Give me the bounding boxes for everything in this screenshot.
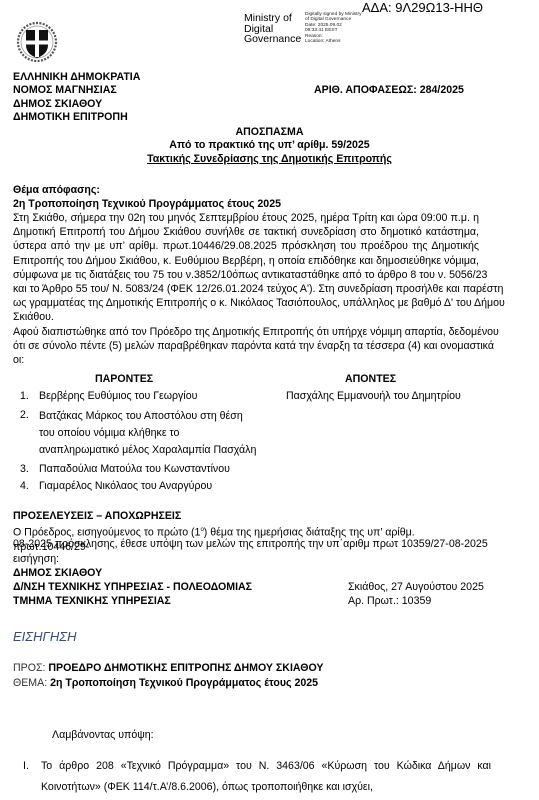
text-line: ως γραμματέας της Δημοτικής Επιτροπής ο … — [13, 296, 479, 310]
text-line: ΘΕΜΑ: — [13, 677, 50, 689]
text-line: οι: — [13, 353, 479, 367]
sender-date: Σκιάθος, 27 Αυγούστου 2025 — [348, 580, 484, 594]
text-line: ΑΠΟΣΠΑΣΜΑ — [0, 126, 539, 139]
text-line: και το Άρθρο 55 του/ Ν. 5083/24 (ΦΕΚ 12/… — [13, 282, 479, 296]
present-list: 1. Βερβέρης Ευθύμιος του Γεωργίου 2. Βατ… — [20, 389, 256, 494]
text-line: Βατζάκας Μάρκος του Αποστόλου στη θέση — [39, 408, 256, 425]
list-item: 2. Βατζάκας Μάρκος του Αποστόλου στη θέσ… — [20, 408, 256, 459]
text-line: ΔΗΜΟΣ ΣΚΙΑΘΟΥ — [13, 566, 479, 580]
text-line: ότι σε σύνολο πέντε (5) μελών παραβρέθηκ… — [13, 339, 479, 353]
subject-label: Θέμα απόφασης: — [13, 183, 479, 197]
text-line: ΝΟΜΟΣ ΜΑΓΝΗΣΙΑΣ — [13, 84, 140, 97]
text-line: ΔΗΜΟΤΙΚΗ ΕΠΙΤΡΟΠΗ — [13, 111, 140, 124]
text-line: 08-2025 πρόσκλησης, έθεσε υπόψη των μελώ… — [13, 537, 479, 551]
text-line: Παπαδούλια Ματούλα του Κωνσταντίνου — [39, 462, 230, 476]
list-item: 1. Βερβέρης Ευθύμιος του Γεωργίου — [20, 389, 256, 403]
text-line: 2η Τροποποίηση Τεχνικού Προγράμματος έτο… — [50, 677, 318, 689]
arrivals-block: ΠΡΟΣΕΛΕΥΣΕΙΣ – ΑΠΟΧΩΡΗΣΕΙΣ Ο Πρόεδρος, ε… — [13, 509, 479, 566]
text-line: Γιαμαρέλος Νικόλαος του Αναργύρου — [39, 479, 212, 493]
text-line: 3. — [20, 462, 39, 476]
subject-block: Θέμα απόφασης: 2η Τροποποίηση Τεχνικού Π… — [13, 183, 479, 211]
text-line: Ministry of — [244, 13, 301, 24]
text-line: Επιτροπής του Δήμου Σκιάθου, κ. Ευθύμιου… — [13, 254, 479, 268]
subject-value: 2η Τροποποίηση Τεχνικού Προγράμματος έτο… — [13, 197, 479, 211]
text-line: Governance — [244, 34, 301, 45]
text-line: Από το πρακτικό της υπ’ αρίθμ. 59/2025 — [0, 139, 539, 152]
text-line: Τακτικής Συνεδρίασης της Δημοτικής Επιτρ… — [0, 153, 539, 166]
decision-number: ΑΡΙΘ. ΑΠΟΦΑΣΕΩΣ: 284/2025 — [314, 84, 464, 96]
greek-coat-of-arms-icon — [16, 21, 58, 63]
text-line: του οποίου νόμιμα κλήθηκε το — [39, 425, 256, 442]
quorum-paragraph: Αφού διαπιστώθηκε από τον Πρόεδρο της Δη… — [13, 325, 479, 368]
text-line: αναπληρωματικό μέλος Χαραλαμπία Πασχάλη — [39, 442, 256, 459]
text-line: σύμφωνα με τις διατάξεις του 75 του ν.38… — [13, 268, 479, 282]
text-line: Το άρθρο 208 «Τεχνικό Πρόγραμμα» του Ν. … — [41, 756, 491, 777]
intro-paragraph: Στη Σκιάθο, σήμερα την 02η του μηνός Σεπ… — [13, 211, 479, 325]
text-line: Βερβέρης Ευθύμιος του Γεωργίου — [39, 389, 197, 403]
ministry-label: Ministry of Digital Governance — [244, 13, 301, 45]
present-header: ΠΑΡΟΝΤΕΣ — [95, 373, 153, 385]
text-line: 4. — [20, 479, 39, 493]
list-item: 4. Γιαμαρέλος Νικόλαος του Αναργύρου — [20, 479, 256, 493]
text-line: Location: Athens — [305, 39, 362, 44]
issuer-block: ΕΛΛΗΝΙΚΗ ΔΗΜΟΚΡΑΤΙΑ ΝΟΜΟΣ ΜΑΓΝΗΣΙΑΣ ΔΗΜΟ… — [13, 71, 140, 125]
considering-label: Λαμβάνοντας υπόψη: — [52, 729, 154, 741]
text-line: ύστερα από την με υπ’ αρίθμ. πρωτ.10446/… — [13, 239, 479, 253]
text-line: I. — [23, 756, 41, 798]
list-item: 3. Παπαδούλια Ματούλα του Κωνσταντίνου — [20, 462, 256, 476]
text-line: Στη Σκιάθο, σήμερα την 02η του μηνός Σεπ… — [13, 211, 479, 225]
text-line: Αφού διαπιστώθηκε από τον Πρόεδρο της Δη… — [13, 325, 479, 339]
text-line: ΔΗΜΟΣ ΣΚΙΑΘΟΥ — [13, 98, 140, 111]
digital-signature: Digitally signed by Ministry of Digital … — [305, 12, 362, 44]
considering-item: I. Το άρθρο 208 «Τεχνικό Πρόγραμμα» του … — [23, 756, 491, 798]
text-line: Κοινοτήτων» (ΦΕΚ 114/τ.Α’/8.6.2006), όπω… — [41, 777, 491, 798]
arrivals-heading: ΠΡΟΣΕΛΕΥΣΕΙΣ – ΑΠΟΧΩΡΗΣΕΙΣ — [13, 509, 479, 523]
text-line: ΕΛΛΗΝΙΚΗ ΔΗΜΟΚΡΑΤΙΑ — [13, 71, 140, 84]
text-line: ΠΡΟΣ: — [13, 662, 48, 674]
text-line: ΠΡΟΕΔΡΟ ΔΗΜΟΤΙΚΗΣ ΕΠΙΤΡΟΠΗΣ ΔΗΜΟΥ ΣΚΙΑΘΟ… — [48, 662, 323, 674]
ada-code: ΑΔΑ: 9Λ29Ω13-ΗΗΘ — [362, 0, 483, 16]
sender-protocol: Αρ. Πρωτ.: 10359 — [348, 594, 431, 608]
text-line: 2. — [20, 408, 39, 459]
text-line: 1. — [20, 389, 39, 403]
text-line: Σκιάθου. — [13, 310, 479, 324]
proposal-heading: ΕΙΣΗΓΗΣΗ — [13, 629, 76, 644]
proposal-addressee: ΠΡΟΣ: ΠΡΟΕΔΡΟ ΔΗΜΟΤΙΚΗΣ ΕΠΙΤΡΟΠΗΣ ΔΗΜΟΥ … — [13, 661, 324, 690]
absent-list: Πασχάλης Εμμανουήλ του Δημητρίου — [286, 389, 461, 403]
text-line: Δημοτική Επιτροπή του Δήμου Σκιάθου συνή… — [13, 225, 479, 239]
absent-header: ΑΠΟΝΤΕΣ — [345, 373, 396, 385]
list-item: Πασχάλης Εμμανουήλ του Δημητρίου — [286, 389, 461, 403]
document-title: ΑΠΟΣΠΑΣΜΑ Από το πρακτικό της υπ’ αρίθμ.… — [0, 126, 539, 166]
